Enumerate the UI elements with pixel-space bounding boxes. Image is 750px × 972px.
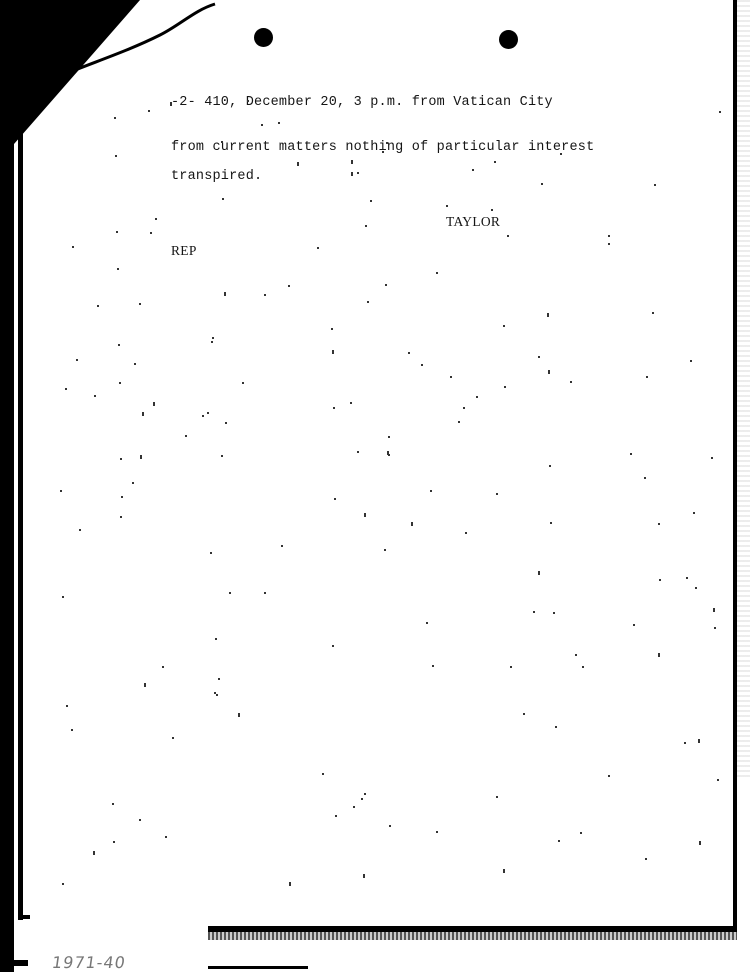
speck	[476, 396, 478, 398]
speck	[496, 493, 498, 495]
speck	[264, 592, 266, 594]
speck	[523, 713, 525, 715]
speck	[365, 225, 367, 227]
speck	[367, 301, 369, 303]
speck	[549, 465, 551, 467]
speck	[165, 836, 167, 838]
speck	[575, 654, 577, 656]
speck	[120, 516, 122, 518]
speck	[153, 402, 155, 406]
speck	[496, 796, 498, 798]
speck	[120, 458, 122, 460]
speck	[142, 412, 144, 416]
speck	[386, 142, 388, 144]
speck	[170, 102, 172, 106]
page-left-edge-foot	[18, 915, 30, 919]
speck	[388, 454, 390, 456]
page-left-edge	[18, 110, 23, 920]
speck	[211, 341, 213, 343]
speck	[446, 205, 448, 207]
speck	[695, 587, 697, 589]
speck	[185, 435, 187, 437]
speck	[713, 608, 715, 612]
speck	[202, 415, 204, 417]
speck	[116, 231, 118, 233]
speck	[389, 825, 391, 827]
speck	[148, 110, 150, 112]
speck	[155, 218, 157, 220]
folded-corner-edge	[60, 0, 220, 80]
speck	[382, 151, 384, 153]
speck	[94, 395, 96, 397]
page-bottom-shadow	[208, 932, 737, 940]
page-bottom-edge-lower	[208, 966, 308, 969]
speck	[719, 111, 721, 113]
speck	[548, 370, 550, 374]
speck	[172, 737, 174, 739]
speck	[221, 455, 223, 457]
speck	[465, 532, 467, 534]
speck	[353, 806, 355, 808]
speck	[76, 359, 78, 361]
speck	[510, 666, 512, 668]
speck	[686, 577, 688, 579]
speck	[582, 666, 584, 668]
speck	[363, 874, 365, 878]
handwritten-file-number: 1971-40	[51, 953, 128, 972]
speck	[335, 815, 337, 817]
telegram-header-line: -2- 410, December 20, 3 p.m. from Vatica…	[171, 95, 553, 110]
speck	[533, 611, 535, 613]
speck	[134, 363, 136, 365]
speck	[411, 522, 413, 526]
speck	[658, 523, 660, 525]
speck	[331, 328, 333, 330]
speck	[119, 382, 121, 384]
speck	[558, 840, 560, 842]
speck	[112, 803, 114, 805]
speck	[364, 793, 366, 795]
speck	[214, 692, 216, 694]
speck	[693, 512, 695, 514]
speck	[580, 832, 582, 834]
speck	[278, 122, 280, 124]
speck	[504, 386, 506, 388]
speck	[553, 612, 555, 614]
speck	[659, 579, 661, 581]
punch-hole-left	[254, 28, 273, 47]
speck	[699, 841, 701, 845]
speck	[322, 773, 324, 775]
speck	[364, 513, 366, 517]
speck	[144, 683, 146, 687]
speck	[644, 477, 646, 479]
speck	[463, 407, 465, 409]
speck	[630, 453, 632, 455]
speck	[472, 169, 474, 171]
speck	[717, 779, 719, 781]
speck	[221, 141, 223, 143]
body-line-2: transpired.	[171, 169, 262, 184]
speck	[132, 482, 134, 484]
speck	[350, 402, 352, 404]
speck	[115, 155, 117, 157]
speck	[62, 883, 64, 885]
speck	[150, 232, 152, 234]
speck	[351, 172, 353, 176]
page-right-shadow	[737, 0, 750, 780]
speck	[550, 522, 552, 524]
speck	[297, 162, 299, 166]
speck	[645, 858, 647, 860]
speck	[503, 869, 505, 873]
speck	[238, 713, 240, 717]
speck	[334, 498, 336, 500]
speck	[114, 117, 116, 119]
speck	[332, 645, 334, 647]
signature: TAYLOR	[446, 214, 500, 230]
speck	[541, 183, 543, 185]
speck	[332, 350, 334, 354]
speck	[384, 549, 386, 551]
speck	[65, 388, 67, 390]
speck	[698, 739, 700, 743]
speck	[436, 272, 438, 274]
speck	[261, 124, 263, 126]
speck	[118, 344, 120, 346]
speck	[93, 851, 95, 855]
speck	[66, 705, 68, 707]
speck	[72, 246, 74, 248]
speck	[436, 831, 438, 833]
speck	[432, 665, 434, 667]
speck	[264, 294, 266, 296]
speck	[281, 545, 283, 547]
speck	[491, 209, 493, 211]
speck	[317, 247, 319, 249]
speck	[608, 235, 610, 237]
speck	[450, 376, 452, 378]
speck	[370, 200, 372, 202]
speck	[555, 726, 557, 728]
speck	[538, 571, 540, 575]
speck	[408, 352, 410, 354]
speck	[289, 882, 291, 886]
speck	[357, 451, 359, 453]
speck	[608, 243, 610, 245]
speck	[426, 622, 428, 624]
speck	[140, 455, 142, 459]
speck	[361, 798, 363, 800]
speck	[242, 382, 244, 384]
speck	[503, 325, 505, 327]
speck	[430, 490, 432, 492]
speck	[684, 742, 686, 744]
speck	[212, 337, 214, 339]
speck	[97, 305, 99, 307]
speck	[60, 490, 62, 492]
scan-bottom-left-mark	[0, 960, 28, 966]
speck	[62, 596, 64, 598]
speck	[507, 235, 509, 237]
speck	[538, 356, 540, 358]
speck	[333, 407, 335, 409]
speck	[385, 284, 387, 286]
speck	[216, 694, 218, 696]
typist-initials: REP	[171, 243, 197, 259]
speck	[351, 160, 353, 164]
speck	[494, 161, 496, 163]
speck	[421, 364, 423, 366]
speck	[658, 653, 660, 657]
speck	[162, 666, 164, 668]
speck	[222, 198, 224, 200]
speck	[357, 172, 359, 174]
speck	[714, 627, 716, 629]
speck	[218, 678, 220, 680]
speck	[207, 412, 209, 414]
speck	[711, 457, 713, 459]
speck	[652, 312, 654, 314]
punch-hole-right	[499, 30, 518, 49]
speck	[210, 552, 212, 554]
speck	[633, 624, 635, 626]
speck	[229, 592, 231, 594]
speck	[79, 529, 81, 531]
speck	[560, 153, 562, 155]
speck	[224, 292, 226, 296]
speck	[247, 100, 249, 102]
speck	[71, 729, 73, 731]
speck	[388, 436, 390, 438]
speck	[690, 360, 692, 362]
speck	[288, 285, 290, 287]
speck	[225, 422, 227, 424]
speck	[113, 841, 115, 843]
speck	[570, 381, 572, 383]
speck	[646, 376, 648, 378]
speck	[139, 819, 141, 821]
speck	[608, 775, 610, 777]
speck	[139, 303, 141, 305]
speck	[117, 268, 119, 270]
speck	[121, 496, 123, 498]
speck	[458, 421, 460, 423]
speck	[654, 184, 656, 186]
speck	[547, 313, 549, 317]
speck	[215, 638, 217, 640]
